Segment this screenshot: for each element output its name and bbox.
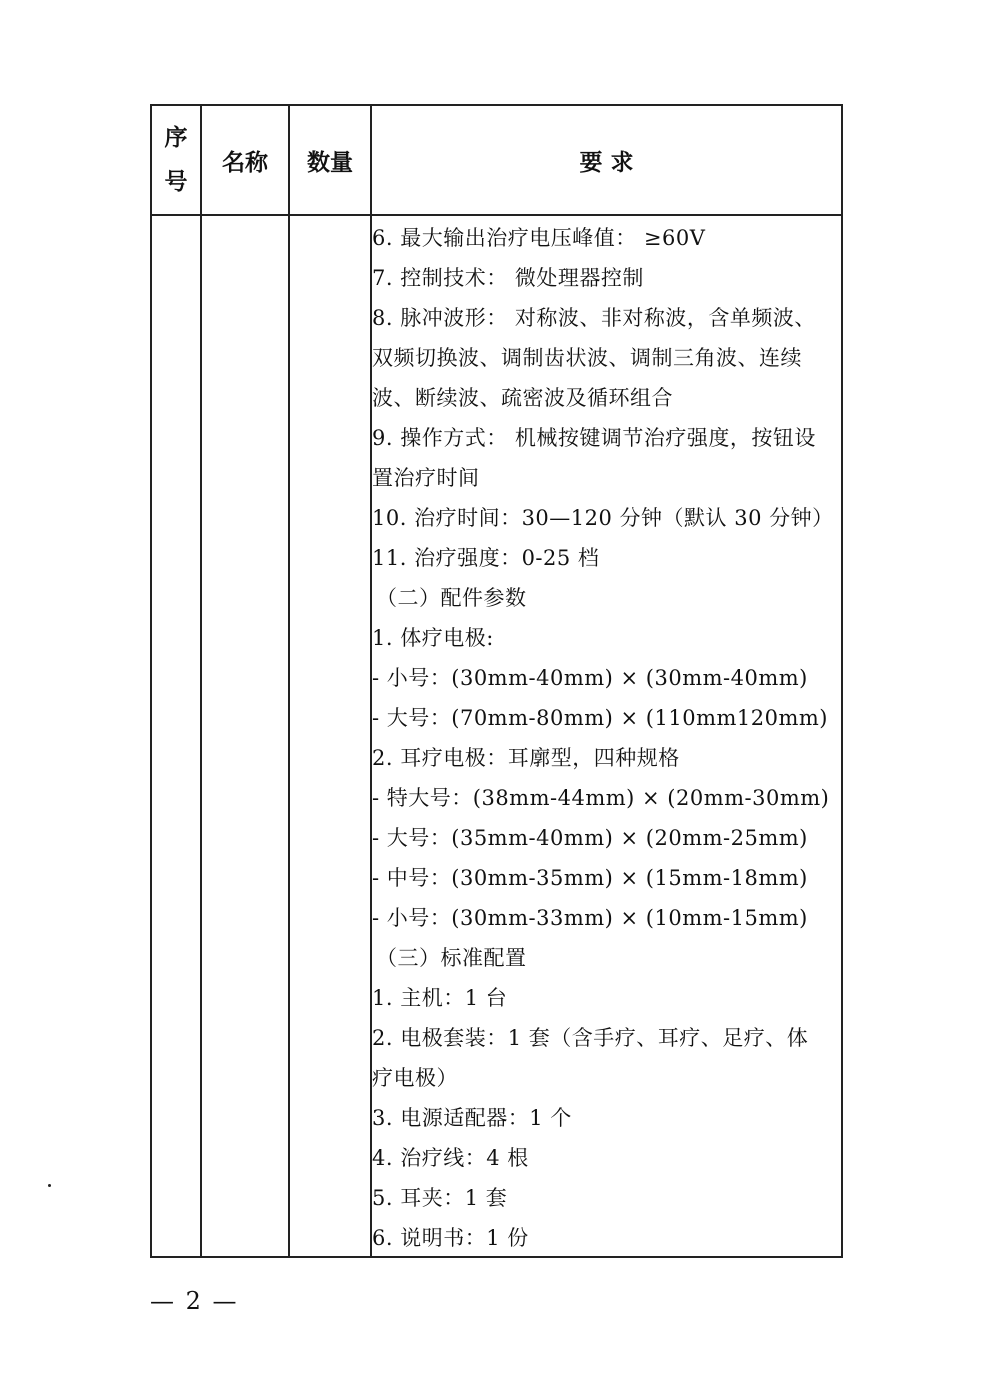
requirements-table: 序 号 名称 数量 要 求 6. 最大输出治疗电压峰值： ≥60V 7. 控制技… bbox=[150, 104, 843, 1258]
req-line: 双频切换波、调制齿状波、调制三角波、连续 bbox=[372, 338, 837, 378]
req-line: 4. 治疗线：4 根 bbox=[372, 1138, 837, 1178]
req-line: 11. 治疗强度：0-25 档 bbox=[372, 538, 837, 578]
req-line: 2. 耳疗电极：耳廓型，四种规格 bbox=[372, 738, 837, 778]
req-line: 1. 体疗电极: bbox=[372, 618, 837, 658]
req-line: - 特大号：(38mm-44mm) × (20mm-30mm) bbox=[372, 778, 837, 818]
section-heading: （二）配件参数 bbox=[372, 578, 837, 618]
header-seq-line2: 号 bbox=[165, 160, 188, 204]
req-line: 8. 脉冲波形： 对称波、非对称波，含单频波、 bbox=[372, 298, 837, 338]
req-line: 5. 耳夹：1 套 bbox=[372, 1178, 837, 1218]
req-line: - 大号：(35mm-40mm) × (20mm-25mm) bbox=[372, 818, 837, 858]
req-line: - 中号：(30mm-35mm) × (15mm-18mm) bbox=[372, 858, 837, 898]
req-line: - 大号：(70mm-80mm) × (110mm120mm) bbox=[372, 698, 837, 738]
req-line: 6. 最大输出治疗电压峰值： ≥60V bbox=[372, 218, 837, 258]
section-heading: （三）标准配置 bbox=[372, 938, 837, 978]
req-line: 1. 主机：1 台 bbox=[372, 978, 837, 1018]
header-seq-line1: 序 bbox=[165, 116, 188, 160]
header-seq: 序 号 bbox=[152, 106, 200, 214]
req-line: 置治疗时间 bbox=[372, 458, 837, 498]
requirements-cell: 6. 最大输出治疗电压峰值： ≥60V 7. 控制技术： 微处理器控制 8. 脉… bbox=[372, 218, 837, 1258]
header-quantity: 数量 bbox=[290, 106, 370, 214]
req-line: 10. 治疗时间：30—120 分钟（默认 30 分钟） bbox=[372, 498, 837, 538]
header-requirements: 要 求 bbox=[372, 106, 841, 214]
column-divider bbox=[200, 106, 202, 1256]
req-line: 2. 电极套装：1 套（含手疗、耳疗、足疗、体 bbox=[372, 1018, 837, 1058]
req-line: 6. 说明书：1 份 bbox=[372, 1218, 837, 1258]
page-number: — 2 — bbox=[150, 1287, 239, 1315]
req-line: 7. 控制技术： 微处理器控制 bbox=[372, 258, 837, 298]
req-line: 9. 操作方式： 机械按键调节治疗强度，按钮设 bbox=[372, 418, 837, 458]
header-name: 名称 bbox=[202, 106, 288, 214]
header-divider bbox=[152, 214, 841, 216]
req-line: 3. 电源适配器：1 个 bbox=[372, 1098, 837, 1138]
req-line: - 小号：(30mm-33mm) × (10mm-15mm) bbox=[372, 898, 837, 938]
req-line: - 小号：(30mm-40mm) × (30mm-40mm) bbox=[372, 658, 837, 698]
req-line: 波、断续波、疏密波及循环组合 bbox=[372, 378, 837, 418]
scan-speck bbox=[48, 1184, 51, 1187]
req-line: 疗电极） bbox=[372, 1058, 837, 1098]
column-divider bbox=[288, 106, 290, 1256]
